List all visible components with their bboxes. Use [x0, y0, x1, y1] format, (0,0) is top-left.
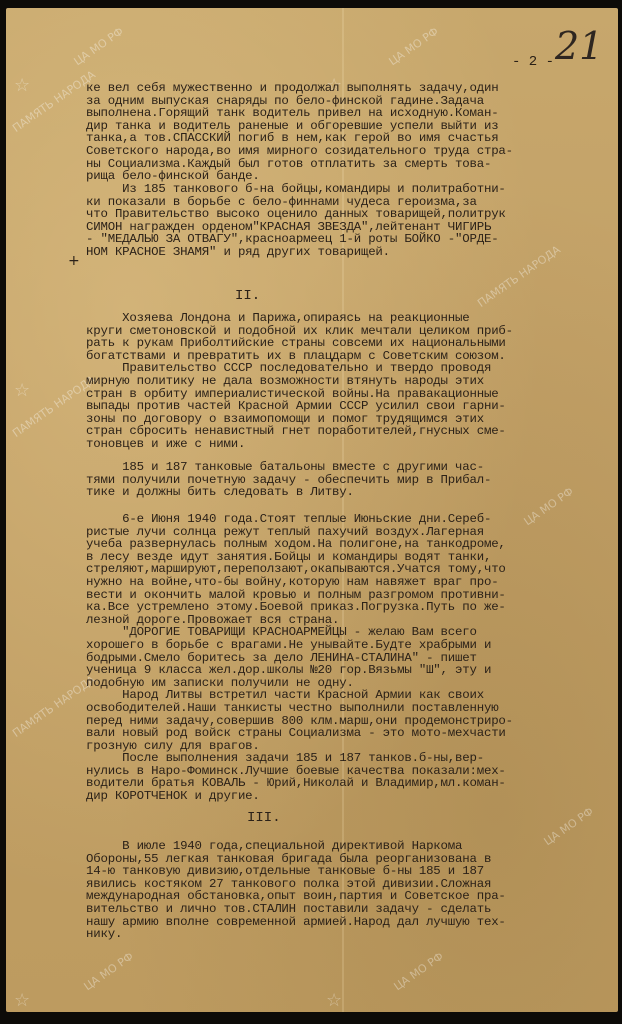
- section-1-paragraph-1: ке вел себя мужественно и продолжал выпо…: [86, 82, 606, 183]
- star-icon: ☆: [14, 380, 30, 401]
- margin-mark: +: [68, 253, 80, 269]
- star-icon: ☆: [14, 75, 30, 96]
- section-2-heading: II.: [235, 288, 260, 304]
- section-2-paragraph-3: 6-е Июня 1940 года.Стоят теплые Июньские…: [86, 513, 606, 803]
- section-2-paragraph-1: Хозяева Лондона и Парижа,опираясь на реа…: [86, 312, 606, 451]
- page-number: - 2 -: [512, 54, 554, 70]
- star-icon: ☆: [326, 990, 342, 1011]
- section-3-paragraph-1: В июле 1940 года,специальной директивой …: [86, 840, 606, 941]
- archive-sheet-number: 21: [555, 24, 603, 68]
- section-1-paragraph-2: Из 185 танкового б-на бойцы,командиры и …: [86, 183, 606, 259]
- star-icon: ☆: [14, 990, 30, 1011]
- section-3-heading: III.: [247, 810, 281, 826]
- section-2-paragraph-2: 185 и 187 танковые батальоны вместе с др…: [86, 461, 606, 499]
